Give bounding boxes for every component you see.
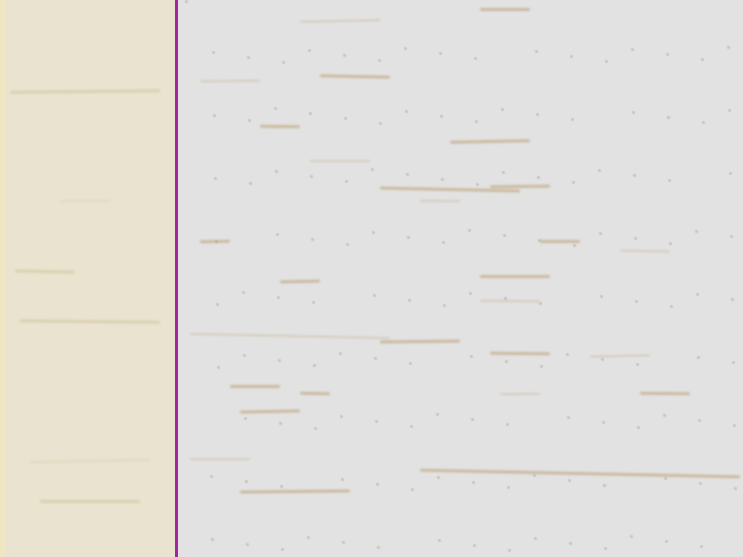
grain-speck	[727, 46, 730, 49]
grain-speck	[603, 484, 606, 487]
grain-speck	[665, 540, 668, 543]
grain-speck	[410, 425, 413, 428]
grain-speck	[539, 302, 542, 305]
grain-speck	[695, 230, 698, 233]
grain-streak	[640, 392, 690, 396]
grain-speck	[211, 538, 214, 541]
grain-streak	[260, 125, 300, 128]
grain-speck	[248, 119, 251, 122]
grain-streak	[40, 500, 140, 503]
grain-speck	[507, 486, 510, 489]
grain-speck	[664, 477, 667, 480]
grain-speck	[247, 56, 250, 59]
grain-speck	[702, 121, 705, 124]
grain-speck	[632, 111, 635, 114]
grain-speck	[476, 183, 479, 186]
grain-speck	[274, 107, 277, 110]
grain-streak	[480, 275, 550, 278]
left-edge-strip	[0, 0, 5, 557]
grain-speck	[504, 297, 507, 300]
grain-speck	[379, 122, 382, 125]
grain-speck	[282, 61, 285, 64]
grain-speck	[605, 60, 608, 63]
grain-streak	[230, 385, 280, 388]
grain-speck	[408, 299, 411, 302]
grain-speck	[376, 483, 379, 486]
grain-speck	[242, 291, 245, 294]
grain-speck	[569, 542, 572, 545]
grain-speck	[438, 539, 441, 542]
grain-speck	[572, 181, 575, 184]
grain-streak	[420, 200, 460, 202]
grain-speck	[343, 54, 346, 57]
grain-speck	[571, 118, 574, 121]
grain-speck	[599, 232, 602, 235]
grain-speck	[570, 55, 573, 58]
grain-speck	[375, 420, 378, 423]
grain-speck	[729, 172, 732, 175]
grain-speck	[374, 357, 377, 360]
grain-speck	[340, 415, 343, 418]
grain-speck	[566, 353, 569, 356]
grain-speck	[345, 180, 348, 183]
grain-speck	[468, 229, 471, 232]
grain-speck	[666, 53, 669, 56]
grain-speck	[472, 481, 475, 484]
grain-speck	[314, 427, 317, 430]
grain-speck	[246, 543, 249, 546]
grain-speck	[635, 300, 638, 303]
grain-speck	[404, 47, 407, 50]
grain-speck	[604, 547, 607, 550]
grain-speck	[371, 168, 374, 171]
grain-speck	[637, 426, 640, 429]
grain-speck	[505, 360, 508, 363]
grain-speck	[698, 419, 701, 422]
grain-speck	[536, 113, 539, 116]
grain-speck	[276, 233, 279, 236]
grain-speck	[278, 359, 281, 362]
grain-speck	[339, 352, 342, 355]
grain-speck	[475, 120, 478, 123]
grain-streak	[490, 352, 550, 356]
grain-speck	[311, 238, 314, 241]
grain-speck	[341, 478, 344, 481]
grain-speck	[243, 354, 246, 357]
grain-speck	[696, 293, 699, 296]
grain-speck	[540, 365, 543, 368]
grain-speck	[537, 176, 540, 179]
grain-speck	[372, 231, 375, 234]
grain-speck	[185, 0, 188, 3]
grain-speck	[601, 358, 604, 361]
grain-speck	[312, 301, 315, 304]
grain-speck	[567, 416, 570, 419]
grain-speck	[405, 110, 408, 113]
grain-speck	[342, 541, 345, 544]
grain-speck	[439, 52, 442, 55]
grain-speck	[533, 474, 536, 477]
grain-speck	[471, 418, 474, 421]
grain-speck	[437, 476, 440, 479]
grain-speck	[244, 417, 247, 420]
grain-speck	[377, 546, 380, 549]
grain-speck	[277, 296, 280, 299]
grain-speck	[409, 362, 412, 365]
grain-speck	[502, 171, 505, 174]
grain-speck	[310, 175, 313, 178]
grain-speck	[313, 364, 316, 367]
texture-image	[0, 0, 743, 557]
grain-speck	[280, 485, 283, 488]
grain-speck	[670, 305, 673, 308]
grain-speck	[573, 244, 576, 247]
grain-speck	[279, 422, 282, 425]
grain-speck	[214, 177, 217, 180]
grain-speck	[215, 240, 218, 243]
grain-streak	[190, 458, 250, 460]
grain-speck	[538, 239, 541, 242]
grain-speck	[309, 112, 312, 115]
grain-streak	[300, 392, 330, 396]
grain-speck	[210, 475, 213, 478]
grain-streak	[480, 8, 530, 11]
grain-speck	[217, 366, 220, 369]
grain-speck	[668, 179, 671, 182]
grain-speck	[275, 170, 278, 173]
grain-streak	[500, 393, 540, 395]
grain-speck	[249, 182, 252, 185]
grain-speck	[307, 536, 310, 539]
left-tinted-panel	[0, 0, 176, 557]
grain-speck	[634, 237, 637, 240]
grain-speck	[469, 292, 472, 295]
grain-speck	[470, 355, 473, 358]
grain-streak	[540, 240, 580, 243]
grain-speck	[508, 549, 511, 552]
grain-speck	[216, 303, 219, 306]
grain-speck	[506, 423, 509, 426]
grain-speck	[598, 169, 601, 172]
grain-speck	[734, 487, 737, 490]
grain-speck	[602, 421, 605, 424]
grain-speck	[534, 537, 537, 540]
grain-speck	[473, 544, 476, 547]
grain-speck	[406, 173, 409, 176]
grain-speck	[600, 295, 603, 298]
grain-speck	[667, 116, 670, 119]
grain-speck	[443, 304, 446, 307]
grain-speck	[308, 49, 311, 52]
grain-speck	[346, 243, 349, 246]
grain-streak	[490, 185, 550, 189]
grain-speck	[281, 548, 284, 551]
grain-speck	[663, 414, 666, 417]
grain-speck	[440, 115, 443, 118]
grain-speck	[732, 361, 735, 364]
grain-speck	[378, 59, 381, 62]
grain-speck	[730, 235, 733, 238]
grain-speck	[441, 178, 444, 181]
grain-speck	[669, 242, 672, 245]
grain-speck	[373, 294, 376, 297]
grain-speck	[631, 48, 634, 51]
grain-streak	[310, 160, 370, 162]
grain-speck	[568, 479, 571, 482]
grain-speck	[344, 117, 347, 120]
grain-speck	[503, 234, 506, 237]
grain-speck	[699, 482, 702, 485]
grain-speck	[535, 50, 538, 53]
grain-speck	[212, 51, 215, 54]
grain-speck	[728, 109, 731, 112]
grain-speck	[697, 356, 700, 359]
grain-speck	[213, 114, 216, 117]
grain-speck	[633, 174, 636, 177]
grain-speck	[407, 236, 410, 239]
grain-speck	[630, 535, 633, 538]
magenta-divider-line	[175, 0, 178, 557]
grain-speck	[436, 413, 439, 416]
grain-speck	[245, 480, 248, 483]
grain-speck	[700, 545, 703, 548]
grain-speck	[636, 363, 639, 366]
grain-speck	[474, 57, 477, 60]
grain-speck	[501, 108, 504, 111]
grain-speck	[411, 488, 414, 491]
grain-speck	[442, 241, 445, 244]
grain-speck	[731, 298, 734, 301]
grain-speck	[701, 58, 704, 61]
grain-speck	[733, 424, 736, 427]
